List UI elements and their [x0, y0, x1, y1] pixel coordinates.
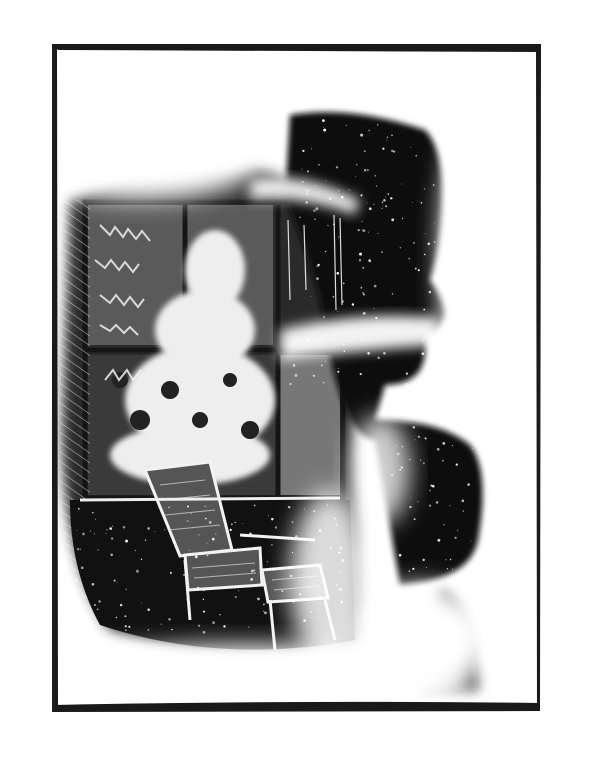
artwork-illustration — [0, 0, 591, 762]
